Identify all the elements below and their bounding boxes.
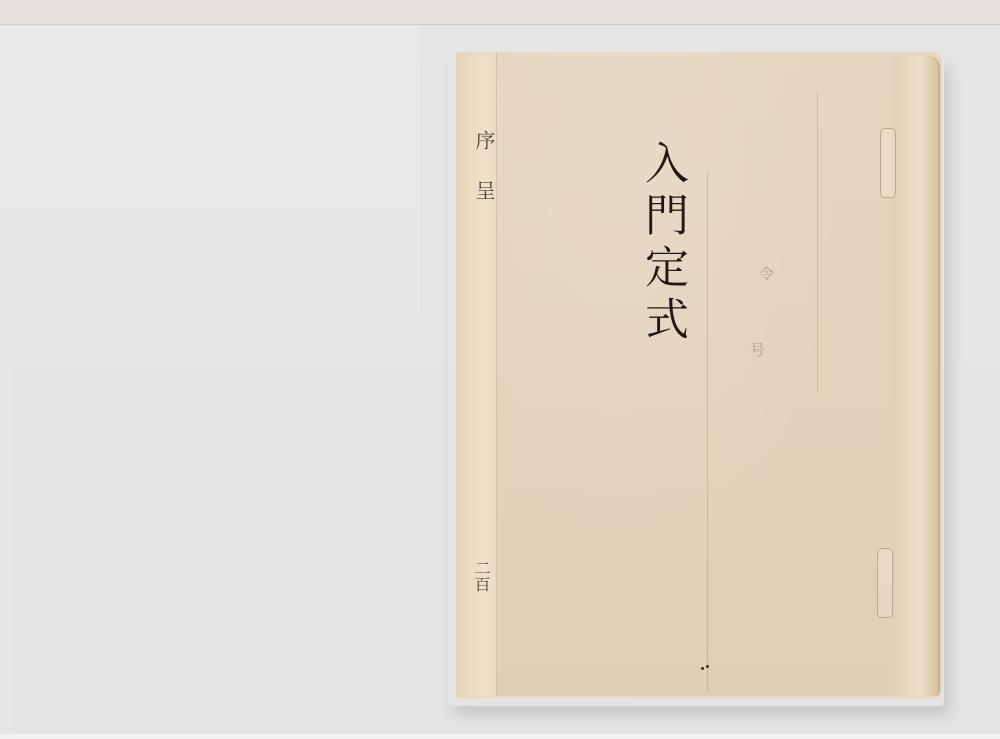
top-background-band <box>0 0 1000 25</box>
left-background-panel <box>0 26 419 365</box>
document-right-fold <box>892 56 940 696</box>
paper-crease <box>817 92 818 392</box>
document-cover <box>496 52 897 696</box>
ink-speck <box>701 667 704 670</box>
spine-text-top: 序 <box>470 130 499 150</box>
document-title: 入門定式 <box>628 140 688 348</box>
ink-speck <box>706 665 709 668</box>
binding-tab-top <box>880 128 896 198</box>
pencil-note-1: 令 <box>756 266 777 281</box>
binding-tab-bottom <box>877 548 893 618</box>
spine-text-second: 呈 <box>470 180 499 200</box>
left-edge-strip <box>0 364 12 739</box>
spine-text-bottom: 二百 <box>470 560 493 592</box>
pencil-note-2: 号 <box>747 342 768 357</box>
paper-crease <box>707 172 708 692</box>
bottom-edge <box>0 734 1000 739</box>
